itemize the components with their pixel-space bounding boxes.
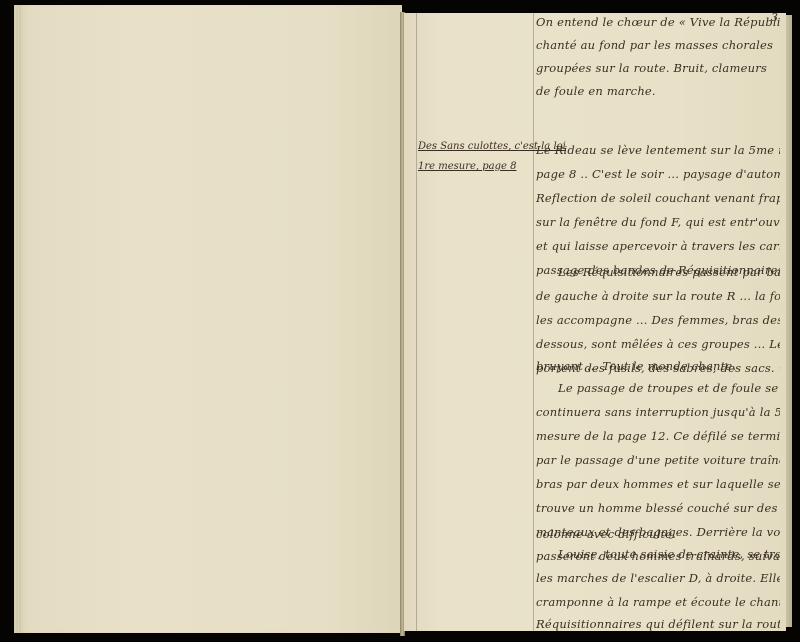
text-line: Le Rideau se lève lentement sur la 5me m… xyxy=(536,137,780,163)
text-line: Louise, toute saisie de crainte, se trou… xyxy=(536,541,780,567)
page-edge-right xyxy=(786,15,792,627)
text-line: de gauche à droite sur la route R ... la… xyxy=(536,283,780,309)
margin-note-line-1: Des Sans culottes, c'est la loi xyxy=(418,137,536,157)
text-line: Le passage de troupes et de foule se xyxy=(536,375,780,401)
text-line: et qui laisse apercevoir à travers les c… xyxy=(536,233,780,259)
right-page: 3 Des Sans culottes, c'est la loi 1re me… xyxy=(404,13,786,631)
text-line: mesure de la page 12. Ce défilé se termi… xyxy=(536,423,780,449)
text-line: page 8 .. C'est le soir ... paysage d'au… xyxy=(536,161,780,187)
open-notebook: 3 Des Sans culottes, c'est la loi 1re me… xyxy=(0,0,800,642)
text-line: Reflection de soleil couchant venant fra… xyxy=(536,185,780,211)
page-stack-edge xyxy=(14,5,22,633)
text-line: Les Réquisitionnaires passent par bandes xyxy=(536,259,780,285)
text-line: de foule en marche. xyxy=(536,78,780,104)
left-page-blank xyxy=(14,5,402,633)
text-line: sur la fenêtre du fond F, qui est entr'o… xyxy=(536,209,780,235)
text-line: Réquisitionnaires qui défilent sur la ro… xyxy=(536,611,780,637)
text-line: les marches de l'escalier D, à droite. E… xyxy=(536,565,780,591)
text-line: trouve un homme blessé couché sur des sa… xyxy=(536,495,780,521)
text-line: bras par deux hommes et sur laquelle se xyxy=(536,471,780,497)
text-line: continuera sans interruption jusqu'à la … xyxy=(536,399,780,425)
text-line: les accompagne ... Des femmes, bras dess… xyxy=(536,307,780,333)
margin-note-line-2: 1re mesure, page 8 xyxy=(418,157,536,177)
text-line: par le passage d'une petite voiture traî… xyxy=(536,447,780,473)
